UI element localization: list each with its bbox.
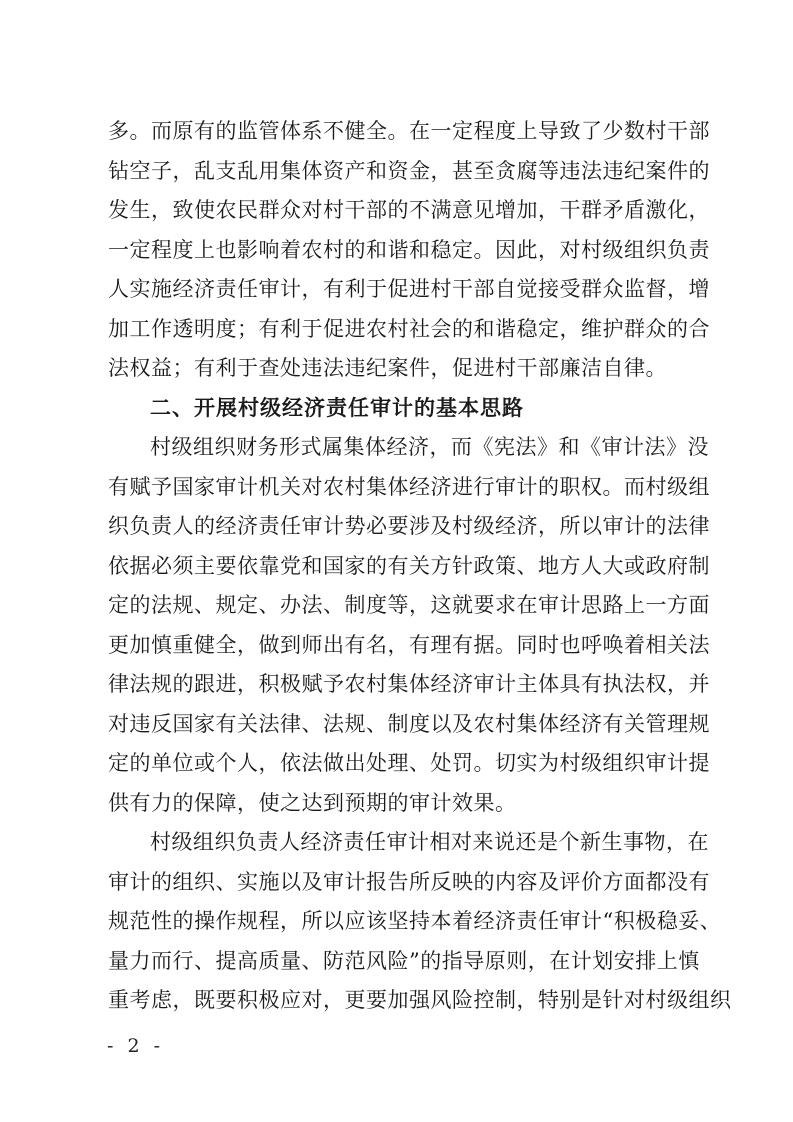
text-line: 依据必须主要依靠党和国家的有关方针政策、地方人大或政府制 — [108, 547, 698, 587]
paragraph: 村级组织财务形式属集体经济，而《宪法》和《审计法》没 有赋予国家审计机关对农村集… — [108, 428, 698, 823]
text-line: 有赋予国家审计机关对农村集体经济进行审计的职权。而村级组 — [108, 468, 698, 508]
text-line: 律法规的跟进，积极赋予农村集体经济审计主体具有执法权，并 — [108, 665, 698, 705]
section-heading: 二、开展村级经济责任审计的基本思路 — [108, 389, 698, 429]
text-line: 法权益；有利于查处违法违纪案件，促进村干部廉洁自律。 — [108, 349, 698, 389]
text-line: 织负责人的经济责任审计势必要涉及村级经济，所以审计的法律 — [108, 507, 698, 547]
paragraph-continued: 多。而原有的监管体系不健全。在一定程度上导致了少数村干部 钻空子，乱支乱用集体资… — [108, 112, 698, 389]
text-line: 更加慎重健全，做到师出有名，有理有据。同时也呼唤着相关法 — [108, 626, 698, 666]
text-line: 多。而原有的监管体系不健全。在一定程度上导致了少数村干部 — [108, 112, 698, 152]
text-line: 定的单位或个人，依法做出处理、处罚。切实为村级组织审计提 — [108, 744, 698, 784]
text-line: 村级组织负责人经济责任审计相对来说还是个新生事物，在 — [108, 823, 698, 863]
text-line: 村级组织财务形式属集体经济，而《宪法》和《审计法》没 — [108, 428, 698, 468]
document-page: 多。而原有的监管体系不健全。在一定程度上导致了少数村干部 钻空子，乱支乱用集体资… — [108, 112, 698, 1021]
text-line: 对违反国家有关法律、法规、制度以及农村集体经济有关管理规 — [108, 705, 698, 745]
paragraph: 村级组织负责人经济责任审计相对来说还是个新生事物，在 审计的组织、实施以及审计报… — [108, 823, 698, 1021]
text-line: 规范性的操作规程，所以应该坚持本着经济责任审计“积极稳妥、 — [108, 902, 698, 942]
text-line: 加工作透明度；有利于促进农村社会的和谐稳定，维护群众的合 — [108, 310, 698, 350]
text-line: 发生，致使农民群众对村干部的不满意见增加，干群矛盾激化， — [108, 191, 698, 231]
text-line: 审计的组织、实施以及审计报告所反映的内容及评价方面都没有 — [108, 863, 698, 903]
text-line: 重考虑，既要积极应对，更要加强风险控制，特别是针对村级组织 — [108, 981, 698, 1021]
heading-text: 二、开展村级经济责任审计的基本思路 — [108, 389, 698, 429]
text-line: 钻空子，乱支乱用集体资产和资金，甚至贪腐等违法违纪案件的 — [108, 152, 698, 192]
text-line: 供有力的保障，使之达到预期的审计效果。 — [108, 784, 698, 824]
text-line: 人实施经济责任审计，有利于促进村干部自觉接受群众监督，增 — [108, 270, 698, 310]
text-line: 定的法规、规定、办法、制度等，这就要求在审计思路上一方面 — [108, 586, 698, 626]
text-line: 量力而行、提高质量、防范风险”的指导原则，在计划安排上慎 — [108, 942, 698, 982]
page-number: - 2 - — [107, 1035, 164, 1057]
text-line: 一定程度上也影响着农村的和谐和稳定。因此，对村级组织负责 — [108, 231, 698, 271]
